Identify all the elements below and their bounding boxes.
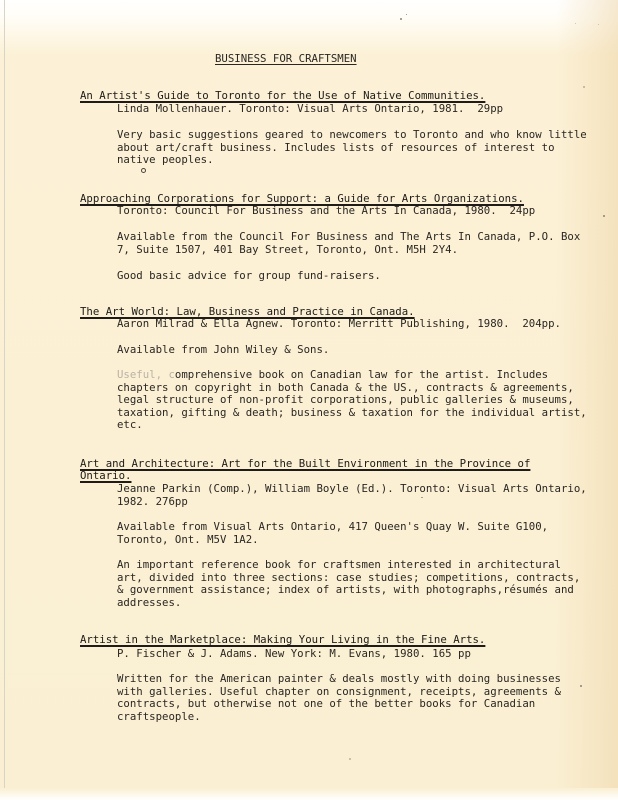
scan-speck (406, 14, 407, 15)
entry-citation: Linda Mollenhauer. Toronto: Visual Arts … (117, 103, 503, 116)
entry-description-line: Good basic advice for group fund-raisers… (117, 270, 381, 283)
scan-speck (598, 24, 599, 25)
entry-availability-line: Toronto, Ont. M5V 1A2. (117, 534, 259, 547)
entry-description-line: Useful, comprehensive book on Canadian l… (117, 369, 548, 382)
scan-speck (575, 23, 576, 24)
entry-availability-line: 7, Suite 1507, 401 Bay Street, Toronto, … (117, 244, 458, 257)
entry-citation: Aaron Milrad & Ella Agnew. Toronto: Merr… (117, 318, 561, 331)
scan-speck (400, 18, 402, 20)
entry-citation: P. Fischer & J. Adams. New York: M. Evan… (117, 648, 471, 661)
entry-description-line: native peoples. (117, 154, 214, 167)
entry-description-line: legal structure of non-profit corporatio… (117, 394, 574, 407)
document-title: BUSINESS FOR CRAFTSMEN (215, 53, 357, 66)
entry-citation: Toronto: Council For Business and the Ar… (117, 205, 535, 218)
entry-description-line: taxation, gifting & death; business & ta… (117, 407, 587, 420)
entry-heading: An Artist's Guide to Toronto for the Use… (80, 90, 485, 103)
faded-text: Useful, c (117, 368, 175, 381)
page-bottom-edge (0, 788, 618, 800)
scan-speck (580, 685, 582, 687)
entry-heading: Artist in the Marketplace: Making Your L… (80, 634, 485, 647)
page-edge (4, 0, 5, 800)
entry-description-line: addresses. (117, 597, 181, 610)
scan-speck (583, 86, 585, 88)
entry-citation: Jeanne Parkin (Comp.), William Boyle (Ed… (117, 483, 587, 496)
entry-heading: Ontario. (80, 470, 131, 483)
entry-citation: 1982. 276pp (117, 496, 188, 509)
entry-description-line: An important reference book for craftsme… (117, 559, 561, 572)
entry-heading: Art and Architecture: Art for the Built … (80, 458, 530, 471)
entry-description-text: omprehensive book on Canadian law for th… (175, 368, 548, 381)
entry-description-line: contracts, but otherwise not one of the … (117, 698, 535, 711)
scan-speck (421, 497, 423, 498)
ink-mark (141, 168, 146, 173)
entry-availability-line: Available from Visual Arts Ontario, 417 … (117, 521, 548, 534)
entry-description-line: craftspeople. (117, 711, 201, 724)
scan-speck (603, 215, 605, 217)
entry-availability-line: Available from the Council For Business … (117, 231, 580, 244)
scanned-page: BUSINESS FOR CRAFTSMEN An Artist's Guide… (0, 0, 618, 800)
entry-availability-line: Available from John Wiley & Sons. (117, 344, 329, 357)
entry-description-line: Very basic suggestions geared to newcome… (117, 129, 587, 142)
entry-description-line: & government assistance; index of artist… (117, 584, 574, 597)
entry-description-line: Written for the American painter & deals… (117, 673, 561, 686)
scan-speck (349, 758, 351, 760)
entry-description-line: etc. (117, 419, 143, 432)
